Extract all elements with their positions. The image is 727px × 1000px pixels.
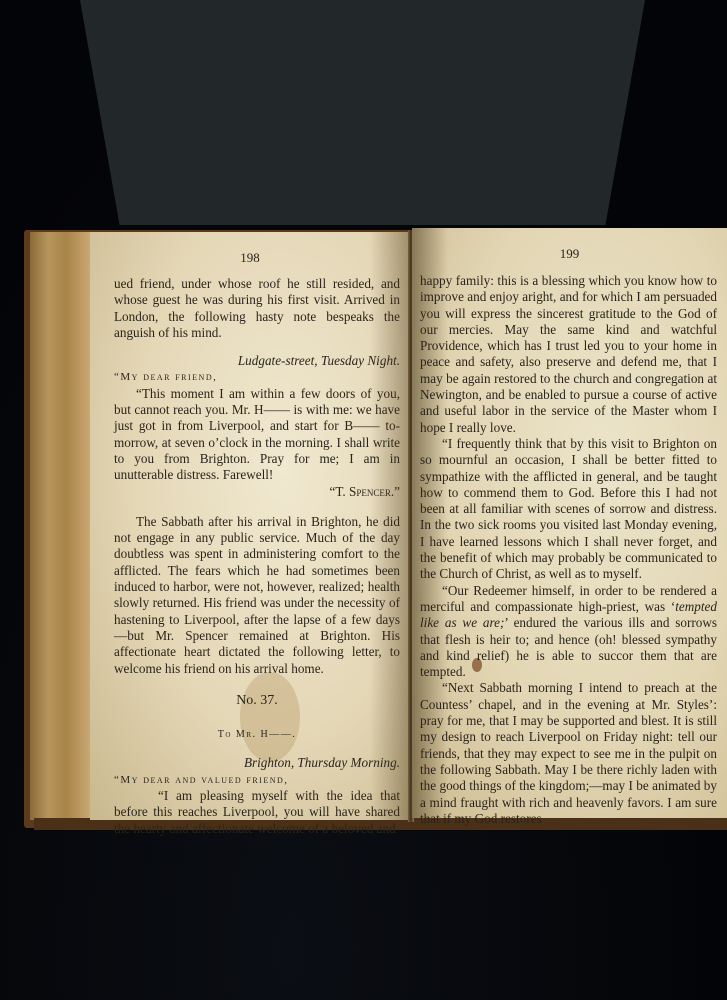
letter1-body: “This moment I am within a few doors of … [114,386,400,484]
paragraph-3: “Our Redeemer himself, in order to be re… [420,583,717,681]
letter2-salutation: “My dear and valued friend, [114,772,400,788]
left-page: 198 ued friend, under whose roof he stil… [90,232,410,820]
narrative-paragraph: The Sabbath after his arrival in Brighto… [114,514,400,677]
paragraph-1: happy family: this is a blessing which y… [420,273,717,436]
open-book: 198 ued friend, under whose roof he stil… [24,228,727,832]
letter1-salutation: “My dear friend, [114,369,400,385]
letter2-dateline: Brighton, Thursday Morning. [114,755,400,771]
letter-recipient: To Mr. H——. [114,727,400,743]
left-page-text: ued friend, under whose roof he still re… [114,276,400,837]
right-page: 199 happy family: this is a blessing whi… [412,228,727,818]
letter1-signature: “T. Spencer.” [114,484,400,500]
right-page-text: happy family: this is a blessing which y… [420,273,717,827]
letter2-body: “I am pleasing myself with the idea that… [114,788,400,837]
page-number-left: 198 [90,250,410,266]
paragraph-2: “I frequently think that by this visit t… [420,436,717,583]
page-block-edge [30,232,90,820]
spacer [114,500,400,514]
scanner-lid-shadow [80,0,645,225]
letter1-dateline: Ludgate-street, Tuesday Night. [114,353,400,369]
intro-paragraph: ued friend, under whose roof he still re… [114,276,400,341]
paragraph-3-start: “Our Redeemer himself, in order to be re… [420,583,717,614]
letter-number-heading: No. 37. [114,693,400,709]
paragraph-4: “Next Sabbath morning I intend to preach… [420,680,717,827]
page-number-right: 199 [412,246,727,262]
